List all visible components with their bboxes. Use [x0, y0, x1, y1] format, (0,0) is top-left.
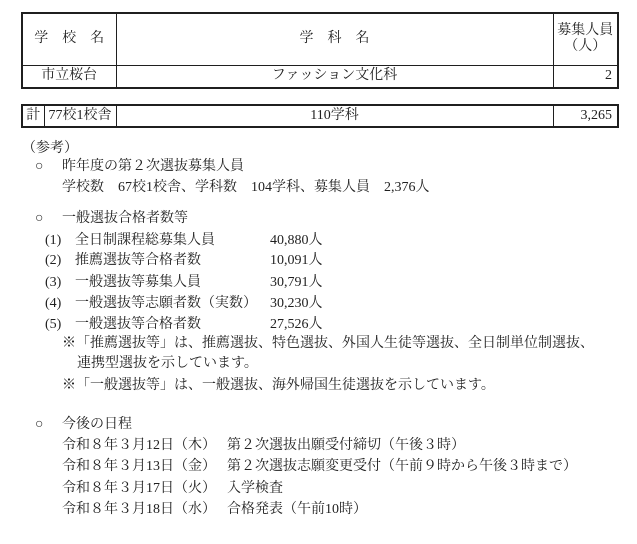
section3-heading-line: ○今後の日程: [35, 417, 132, 433]
table-row: 市立桜台 ファッション文化科 2: [22, 65, 618, 88]
schedule-row: 令和８年３月18日（水）合格発表（午前10時）: [62, 502, 367, 518]
schedule-date: 令和８年３月12日（木）: [62, 438, 227, 454]
stat-item: (2)推薦選抜等合格者数10,091人: [45, 253, 323, 269]
schedule-event: 第２次選抜出願受付締切（午後３時）: [227, 438, 465, 453]
schedule-date: 令和８年３月18日（水）: [62, 502, 227, 518]
cell-department-name: ファッション文化科: [116, 65, 553, 88]
totals-table: 計 77校1校舎 110学科 3,265: [21, 104, 619, 128]
note2: ※「一般選抜等」は、一般選抜、海外帰国生徒選抜を示しています。: [62, 378, 495, 394]
cell-total-departments: 110学科: [116, 105, 553, 127]
school-table: 学 校 名 学 科 名 募集人員 （人） 市立桜台 ファッション文化科 2: [21, 12, 619, 89]
reference-title: （参考）: [22, 141, 78, 157]
schedule-event: 合格発表（午前10時）: [227, 502, 367, 517]
cell-total-schools: 77校1校舎: [44, 105, 116, 127]
circle-bullet-icon: ○: [35, 159, 62, 175]
section2-heading-line: ○一般選抜合格者数等: [35, 211, 188, 227]
stat-item: (5)一般選抜等合格者数27,526人: [45, 317, 323, 333]
header-capacity: 募集人員 （人）: [553, 13, 618, 65]
stat-item: (1)全日制課程総募集人員40,880人: [45, 233, 323, 249]
header-school-name: 学 校 名: [22, 13, 116, 65]
section2-heading: 一般選抜合格者数等: [62, 211, 188, 226]
header-department-name: 学 科 名: [116, 13, 553, 65]
stat-item-label: 一般選抜等募集人員: [75, 275, 270, 291]
stat-item: (4)一般選抜等志願者数（実数）30,230人: [45, 296, 323, 312]
schedule-date: 令和８年３月13日（金）: [62, 459, 227, 475]
cell-school-name: 市立桜台: [22, 65, 116, 88]
section1-heading: 昨年度の第２次選抜募集人員: [62, 159, 244, 174]
stat-item-number: (2): [45, 253, 75, 269]
stat-item-number: (4): [45, 296, 75, 312]
note1-line2: 連携型選抜を示しています。: [77, 356, 258, 372]
cell-capacity: 2: [553, 65, 618, 88]
cell-total-label: 計: [22, 105, 44, 127]
schedule-event: 第２次選抜志願変更受付（午前９時から午後３時まで）: [227, 459, 577, 474]
stat-item-value: 40,880人: [270, 233, 323, 248]
schedule-row: 令和８年３月13日（金）第２次選抜志願変更受付（午前９時から午後３時まで）: [62, 459, 577, 475]
note1-line1: ※「推薦選抜等」は、推薦選抜、特色選抜、外国人生徒等選抜、全日制単位制選抜、: [62, 336, 594, 352]
document-page: 学 校 名 学 科 名 募集人員 （人） 市立桜台 ファッション文化科 2 計 …: [0, 0, 637, 544]
totals-row: 計 77校1校舎 110学科 3,265: [22, 105, 618, 127]
section1-heading-line: ○昨年度の第２次選抜募集人員: [35, 159, 244, 175]
stat-item-label: 全日制課程総募集人員: [75, 233, 270, 249]
table-header-row: 学 校 名 学 科 名 募集人員 （人）: [22, 13, 618, 65]
stat-item-value: 30,230人: [270, 296, 323, 311]
stat-item-label: 一般選抜等志願者数（実数）: [75, 296, 270, 312]
schedule-row: 令和８年３月12日（木）第２次選抜出願受付締切（午後３時）: [62, 438, 465, 454]
circle-bullet-icon: ○: [35, 211, 62, 227]
section3-heading: 今後の日程: [62, 417, 132, 432]
stat-item-number: (5): [45, 317, 75, 333]
schedule-event: 入学検査: [227, 481, 283, 496]
section1-detail: 学校数 67校1校舎、学科数 104学科、募集人員 2,376人: [62, 180, 430, 196]
stat-item-number: (1): [45, 233, 75, 249]
header-capacity-line2: （人）: [554, 39, 618, 55]
stat-item-value: 27,526人: [270, 317, 323, 332]
stat-item-value: 30,791人: [270, 275, 323, 290]
stat-item-number: (3): [45, 275, 75, 291]
circle-bullet-icon: ○: [35, 417, 62, 433]
schedule-row: 令和８年３月17日（火）入学検査: [62, 481, 283, 497]
schedule-date: 令和８年３月17日（火）: [62, 481, 227, 497]
cell-total-capacity: 3,265: [553, 105, 618, 127]
stat-item-label: 一般選抜等合格者数: [75, 317, 270, 333]
stat-item: (3)一般選抜等募集人員30,791人: [45, 275, 323, 291]
stat-item-label: 推薦選抜等合格者数: [75, 253, 270, 269]
header-capacity-line1: 募集人員: [554, 23, 618, 39]
stat-item-value: 10,091人: [270, 253, 323, 268]
